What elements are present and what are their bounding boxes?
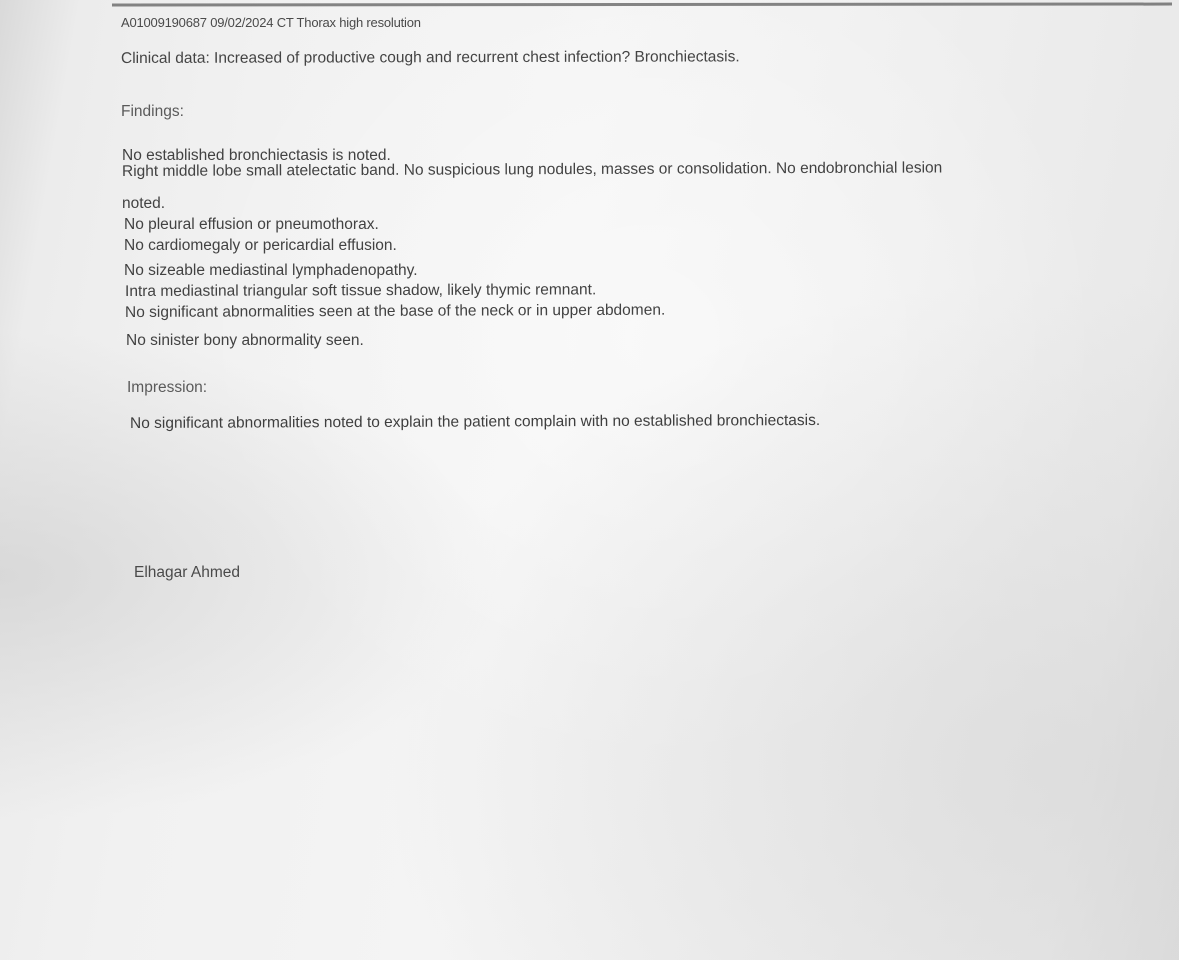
finding-item: No pleural effusion or pneumothorax. (124, 216, 379, 234)
finding-item: No cardiomegaly or pericardial effusion. (124, 237, 397, 255)
impression-text: No significant abnormalities noted to ex… (130, 412, 820, 433)
radiology-report: A01009190687 09/02/2024 CT Thorax high r… (0, 0, 1179, 960)
finding-item: No sinister bony abnormality seen. (126, 332, 364, 350)
finding-item: No significant abnormalities seen at the… (125, 302, 665, 322)
finding-item: Intra mediastinal triangular soft tissue… (125, 281, 596, 301)
findings-heading: Findings: (121, 103, 184, 121)
finding-item: Right middle lobe small atelectatic band… (122, 159, 942, 181)
report-header: A01009190687 09/02/2024 CT Thorax high r… (121, 15, 421, 30)
finding-item: No sizeable mediastinal lymphadenopathy. (124, 262, 418, 280)
finding-item-continuation: noted. (122, 195, 165, 213)
impression-heading: Impression: (127, 379, 207, 397)
signature: Elhagar Ahmed (134, 564, 240, 582)
clinical-data: Clinical data: Increased of productive c… (121, 48, 740, 68)
